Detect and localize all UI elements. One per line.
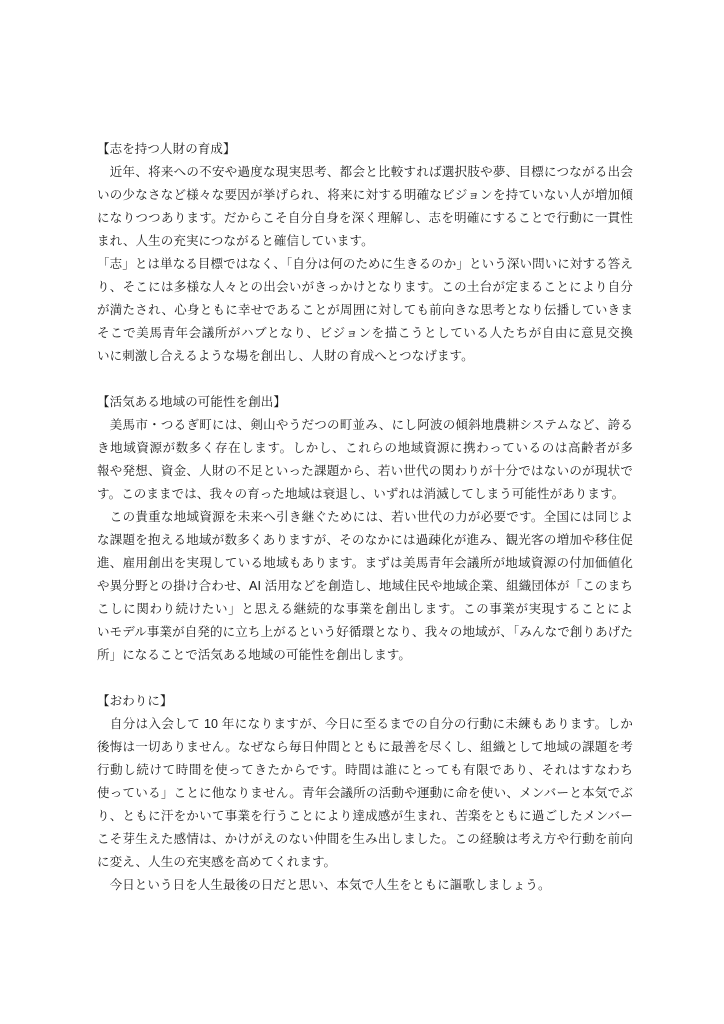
text-line: 近年、将来への不安や過度な現実思考、都会と比較すれば選択肢や夢、目標につながる出… <box>97 161 633 184</box>
text-line: まれ、人生の充実につながると確信しています。 <box>97 230 633 253</box>
text-line: が満たされ、心身ともに幸せであることが周囲に対しても前向きな思考となり伝播してい… <box>97 299 633 322</box>
text-line: いに刺激し合えるような場を創出し、人財の育成へとつなげます。 <box>97 345 633 368</box>
text-line: いモデル事業が自発的に立ち上がるという好循環となり、我々の地域が、「みんなで創り… <box>97 621 633 644</box>
section-heading: 【活気ある地域の可能性を創出】 <box>97 391 633 414</box>
document-section: 【志を持つ人財の育成】 近年、将来への不安や過度な現実思考、都会と比較すれば選択… <box>97 138 633 368</box>
text-line: 今日という日を人生最後の日だと思い、本気で人生をともに謳歌しましょう。 <box>97 874 633 897</box>
document-section: 【活気ある地域の可能性を創出】 美馬市・つるぎ町には、剣山やうだつの町並み、にし… <box>97 391 633 667</box>
document-section: 【おわりに】 自分は入会して 10 年になりますが、今日に至るまでの自分の行動に… <box>97 690 633 897</box>
text-line: こそ芽生えた感情は、かけがえのない仲間を生み出しました。この経験は考え方や行動を… <box>97 828 633 851</box>
document-page: 【志を持つ人財の育成】 近年、将来への不安や過度な現実思考、都会と比較すれば選択… <box>0 0 724 1024</box>
text-line: 後悔は一切ありません。なぜなら毎日仲間とともに最善を尽くし、組織として地域の課題… <box>97 736 633 759</box>
text-line: き地域資源が数多く存在します。しかし、これらの地域資源に携わっているのは高齢者が… <box>97 437 633 460</box>
text-line: そこで美馬青年会議所がハブとなり、ビジョンを描こうとしている人たちが自由に意見交… <box>97 322 633 345</box>
text-line: 使っている」ことに他なりません。青年会議所の活動や運動に命を使い、メンバーと本気… <box>97 782 633 805</box>
text-line: 報や発想、資金、人財の不足といった課題から、若い世代の関わりが十分ではないのが現… <box>97 460 633 483</box>
text-line: いの少なさなど様々な要因が挙げられ、将来に対する明確なビジョンを持ていない人が増… <box>97 184 633 207</box>
text-line: り、ともに汗をかいて事業を行うことにより達成感が生まれ、苦楽をともに過ごしたメン… <box>97 805 633 828</box>
text-line: な課題を抱える地域が数多くありますが、そのなかには過疎化が進み、観光客の増加や移… <box>97 529 633 552</box>
section-heading: 【おわりに】 <box>97 690 633 713</box>
section-heading: 【志を持つ人財の育成】 <box>97 138 633 161</box>
text-line: になりつつあります。だからこそ自分自身を深く理解し、志を明確にすることで行動に一… <box>97 207 633 230</box>
text-line: 「志」とは単なる目標ではなく、「自分は何のために生きるのか」という深い問いに対す… <box>97 253 633 276</box>
text-line: 行動し続けて時間を使ってきたからです。時間は誰にとっても有限であり、それはすなわ… <box>97 759 633 782</box>
text-line: に変え、人生の充実感を高めてくれます。 <box>97 851 633 874</box>
document-content: 【志を持つ人財の育成】 近年、将来への不安や過度な現実思考、都会と比較すれば選択… <box>97 138 633 897</box>
text-line: この貴重な地域資源を未来へ引き継ぐためには、若い世代の力が必要です。全国には同じ… <box>97 506 633 529</box>
text-line: 進、雇用創出を実現している地域もあります。まずは美馬青年会議所が地域資源の付加価… <box>97 552 633 575</box>
text-line: こしに関わり続けたい」と思える継続的な事業を創出します。この事業が実現することに… <box>97 598 633 621</box>
text-line: 自分は入会して 10 年になりますが、今日に至るまでの自分の行動に未練もあります… <box>97 713 633 736</box>
text-line: や異分野との掛け合わせ、AI 活用などを創造し、地域住民や地域企業、組織団体が「… <box>97 575 633 598</box>
text-line: 美馬市・つるぎ町には、剣山やうだつの町並み、にし阿波の傾斜地農耕システムなど、誇… <box>97 414 633 437</box>
text-line: す。このままでは、我々の育った地域は衰退し、いずれは消滅してしまう可能性がありま… <box>97 483 633 506</box>
text-line: 所」になることで活気ある地域の可能性を創出します。 <box>97 644 633 667</box>
text-line: り、そこには多様な人々との出会いがきっかけとなります。この土台が定まることにより… <box>97 276 633 299</box>
